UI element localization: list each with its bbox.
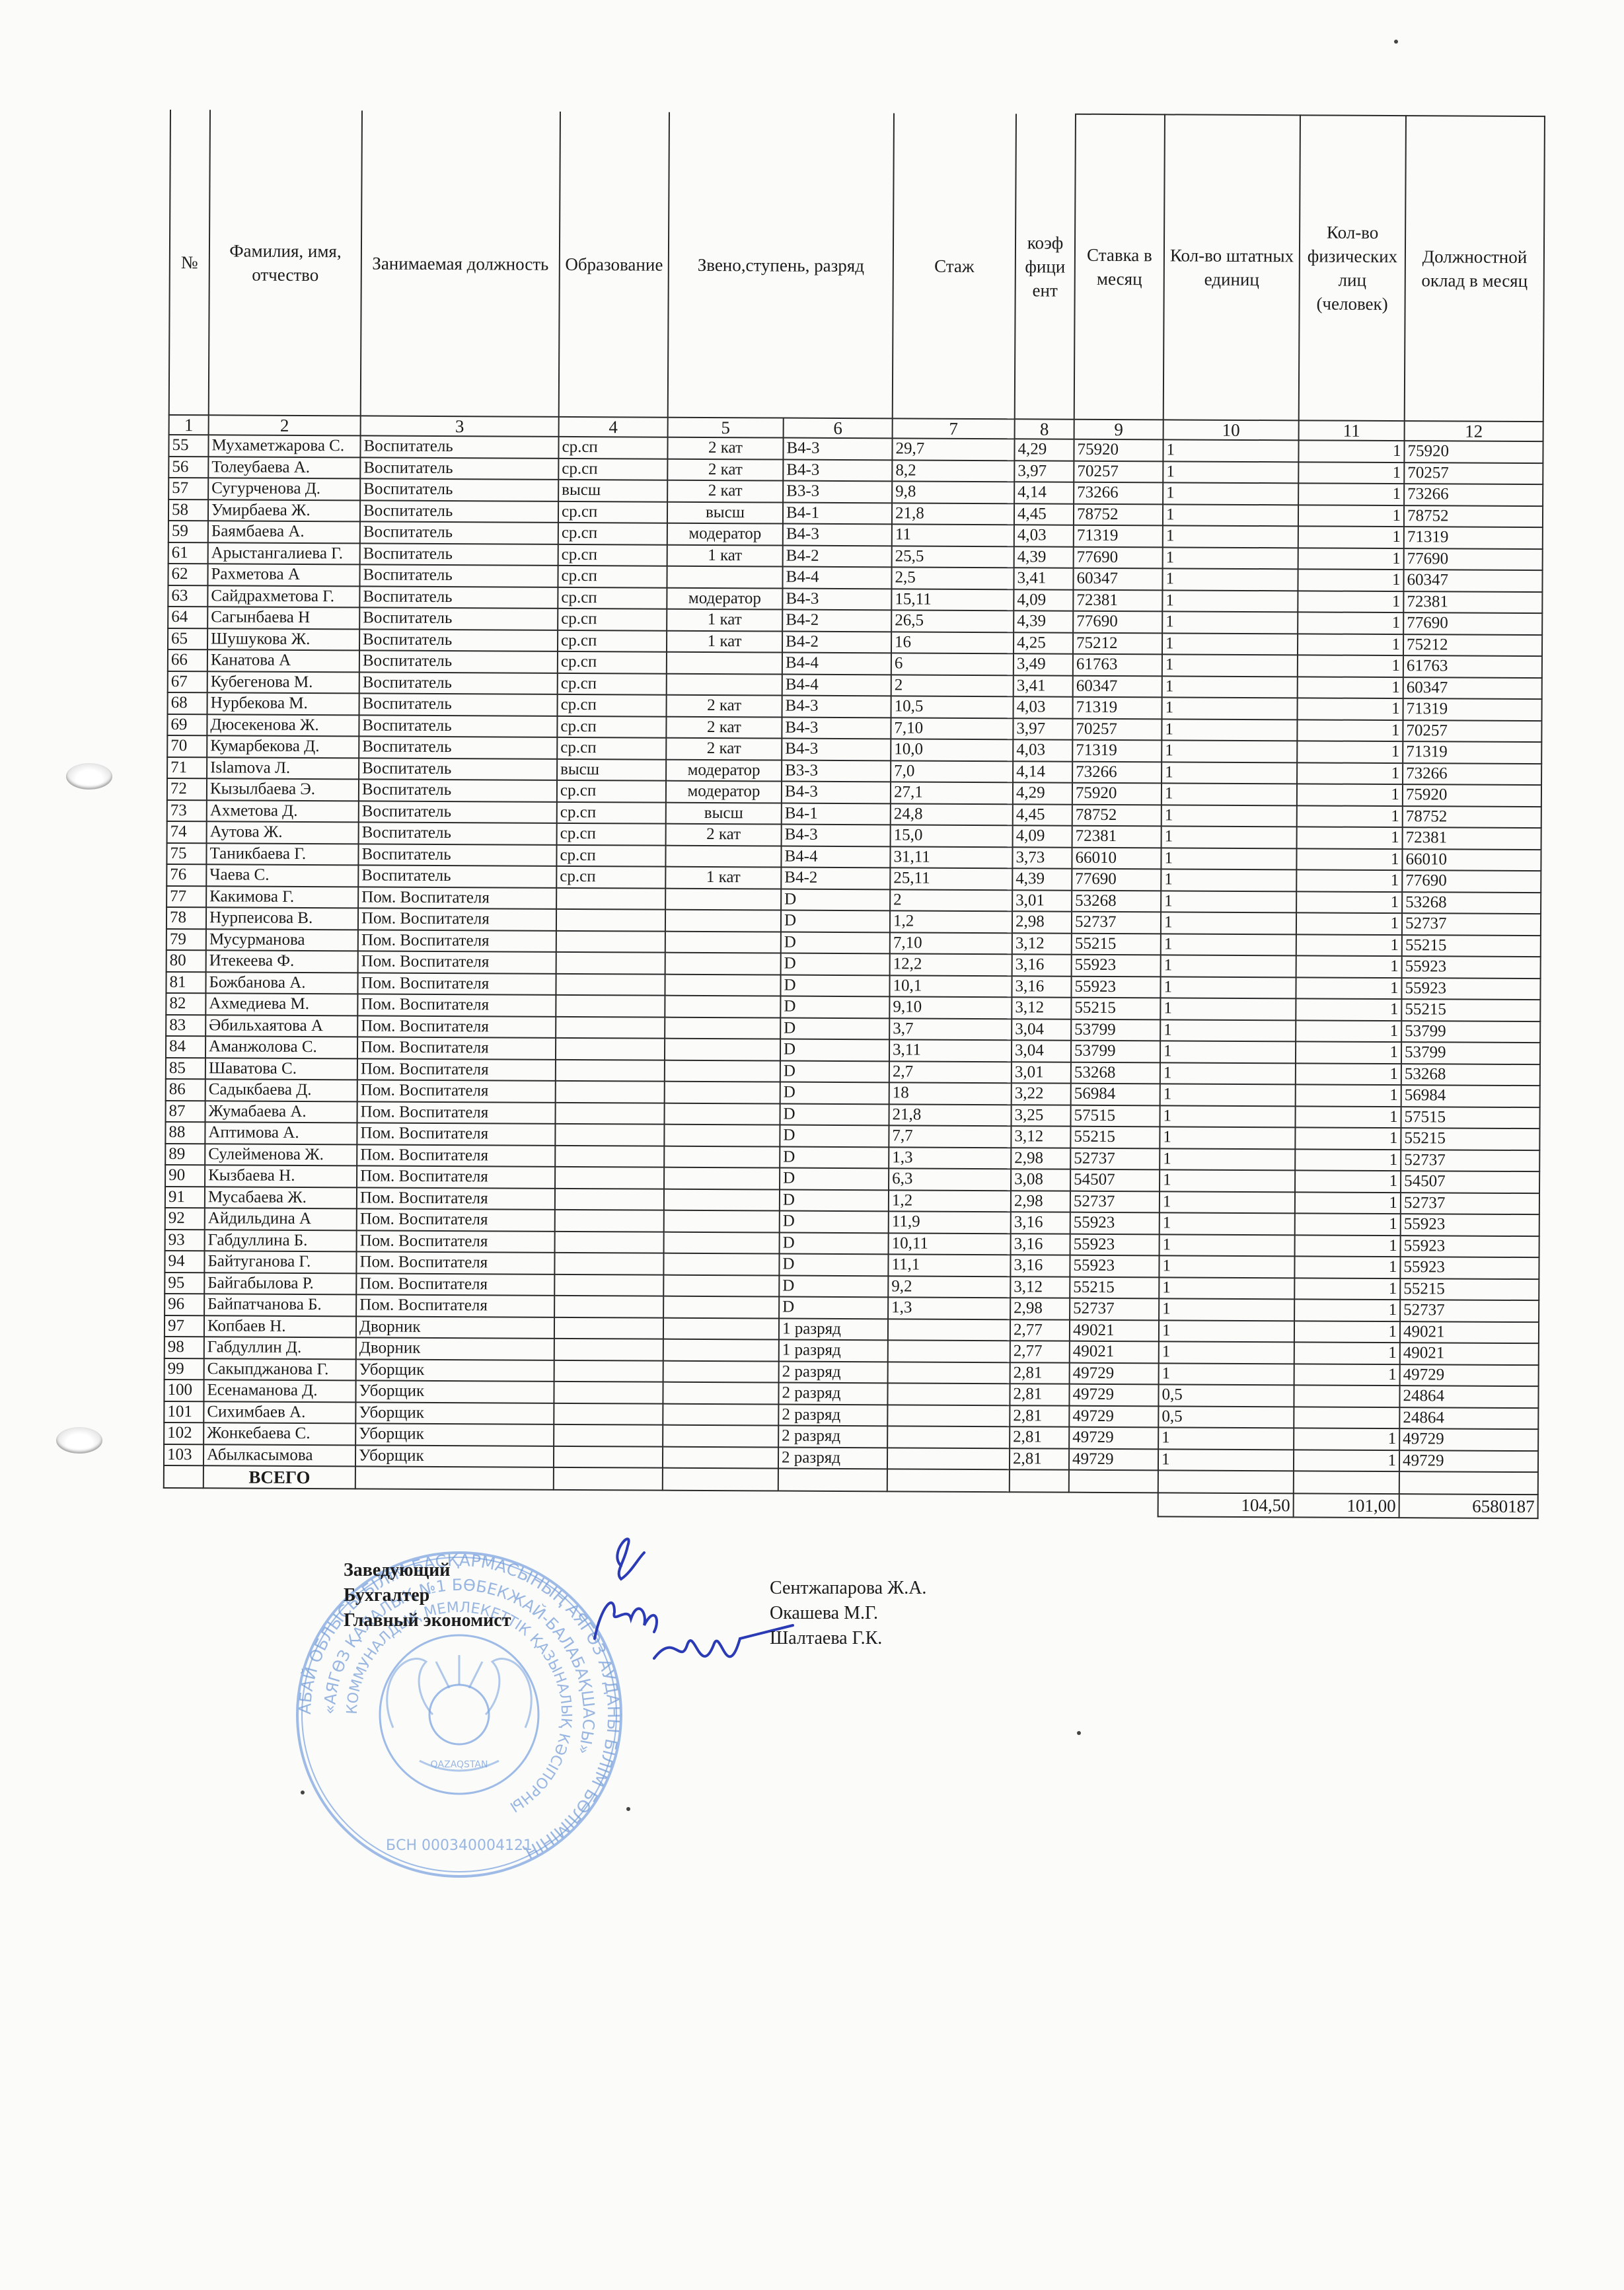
monthly-rate: 71319 <box>1073 697 1162 719</box>
monthly-salary: 52737 <box>1400 1300 1539 1322</box>
experience: 27,1 <box>891 782 1013 803</box>
position: Воспитатель <box>360 457 558 480</box>
education <box>556 1038 665 1060</box>
monthly-salary: 52737 <box>1402 913 1541 936</box>
coefficient: 2,81 <box>1010 1448 1069 1470</box>
monthly-salary: 55923 <box>1401 1214 1539 1236</box>
persons-count: 1 <box>1296 1041 1401 1063</box>
monthly-rate: 54507 <box>1070 1169 1160 1191</box>
position: Воспитатель <box>359 607 558 630</box>
position: Уборщик <box>355 1402 554 1424</box>
coefficient: 2,98 <box>1011 1148 1070 1169</box>
coefficient: 2,81 <box>1010 1405 1069 1427</box>
education: высш <box>557 758 666 780</box>
employee-name: Таникбаева Г. <box>206 843 358 866</box>
qualification-category <box>663 1403 778 1425</box>
grade: D <box>780 1017 889 1039</box>
employee-name: Айдильдина А <box>205 1208 357 1230</box>
total-cell <box>164 1465 203 1488</box>
row-number: 73 <box>167 799 207 821</box>
experience: 16 <box>891 632 1014 653</box>
column-number: 5 <box>668 418 784 438</box>
employee-name: Мусабаева Ж. <box>205 1187 357 1209</box>
grade: В4-3 <box>782 717 891 739</box>
education <box>556 887 665 909</box>
monthly-rate: 52737 <box>1072 912 1161 934</box>
qualification-category <box>664 1167 780 1189</box>
education <box>556 930 665 952</box>
monthly-rate: 55215 <box>1072 933 1161 955</box>
empty-cell <box>554 1490 663 1514</box>
monthly-salary: 56984 <box>1401 1085 1540 1107</box>
experience <box>888 1340 1010 1362</box>
monthly-rate: 55923 <box>1070 1234 1160 1255</box>
employee-name: Аптимова А. <box>205 1122 357 1144</box>
staff-units: 1 <box>1161 891 1296 913</box>
header-name: Фамилия, имя, отчество <box>209 110 362 416</box>
employee-name: Нурбекова М. <box>207 692 359 715</box>
persons-count: 1 <box>1294 1342 1400 1364</box>
row-number: 65 <box>168 628 207 649</box>
employee-name: Шаватова С. <box>205 1058 357 1080</box>
staff-units: 1 <box>1162 611 1298 634</box>
experience: 11,9 <box>889 1211 1011 1233</box>
persons-count: 1 <box>1296 1020 1401 1042</box>
row-number: 77 <box>166 885 206 907</box>
signature-names: Сентжапарова Ж.А. Окашева М.Г. Шалтаева … <box>770 1576 926 1651</box>
staff-units: 1 <box>1163 461 1298 484</box>
signature-head <box>617 1539 644 1579</box>
total-salary: 6580187 <box>1399 1494 1538 1518</box>
education <box>554 1382 663 1403</box>
education: ср.сп <box>557 780 666 802</box>
grade: В4-2 <box>782 610 891 632</box>
coefficient: 4,45 <box>1013 804 1072 826</box>
position: Воспитатель <box>358 865 556 887</box>
row-number: 85 <box>166 1057 205 1079</box>
header-salary: Должностной оклад в месяц <box>1405 116 1545 422</box>
position: Пом. Воспитателя <box>358 951 556 973</box>
grade: D <box>780 1103 889 1125</box>
monthly-rate: 78752 <box>1072 804 1162 826</box>
experience <box>887 1405 1010 1426</box>
empty-cell <box>1010 1492 1069 1516</box>
row-number: 70 <box>167 735 207 757</box>
empty-cell <box>203 1488 355 1512</box>
position: Воспитатель <box>359 629 558 651</box>
position: Воспитатель <box>359 822 557 844</box>
employee-name: Ахметова Д. <box>207 800 359 823</box>
employee-name: Әбильхаятова А <box>205 1015 357 1037</box>
grade: D <box>781 932 890 953</box>
qualification-category: 2 кат <box>667 437 783 459</box>
staff-units: 1 <box>1162 654 1298 677</box>
persons-count: 1 <box>1295 1170 1401 1192</box>
coefficient: 4,03 <box>1013 739 1072 761</box>
experience <box>887 1383 1010 1405</box>
position: Пом. Воспитателя <box>358 887 556 909</box>
total-label: ВСЕГО <box>203 1465 355 1489</box>
education: ср.сп <box>558 630 667 651</box>
qualification-category <box>664 1125 780 1146</box>
education <box>554 1403 663 1424</box>
grade: D <box>780 1125 889 1147</box>
monthly-rate: 61763 <box>1073 654 1162 676</box>
row-number: 68 <box>168 692 207 714</box>
column-number: 10 <box>1163 420 1299 440</box>
qualification-category <box>665 974 780 996</box>
staff-units: 1 <box>1163 439 1298 462</box>
grade: D <box>781 889 890 910</box>
coefficient: 3,22 <box>1012 1083 1071 1105</box>
total-persons: 101,00 <box>1294 1493 1399 1518</box>
experience: 15,11 <box>891 589 1014 610</box>
grade: В4-3 <box>782 782 891 803</box>
name-accountant: Окашева М.Г. <box>770 1601 926 1626</box>
staff-units: 1 <box>1161 848 1296 870</box>
qualification-category <box>665 1082 780 1103</box>
row-number: 91 <box>165 1186 205 1208</box>
monthly-rate: 53268 <box>1072 890 1161 912</box>
grade: 2 разряд <box>779 1361 888 1383</box>
row-number: 100 <box>164 1380 203 1401</box>
row-number: 62 <box>168 564 207 585</box>
qualification-category: 2 кат <box>667 459 783 480</box>
grade: В4-3 <box>783 524 892 546</box>
empty-cell <box>663 1491 778 1515</box>
employee-name: Сихимбаев А. <box>203 1401 355 1424</box>
experience: 6,3 <box>889 1168 1011 1190</box>
persons-count: 1 <box>1298 483 1404 505</box>
monthly-salary: 49021 <box>1400 1343 1539 1365</box>
employee-name: Сакыпджанова Г. <box>204 1358 356 1381</box>
position: Пом. Воспитателя <box>356 1273 554 1296</box>
experience: 31,11 <box>890 846 1012 868</box>
coefficient: 2,98 <box>1012 911 1072 933</box>
monthly-salary: 49729 <box>1400 1364 1539 1387</box>
grade: D <box>780 975 889 996</box>
education <box>556 1081 665 1103</box>
row-number: 87 <box>166 1100 205 1122</box>
column-number: 12 <box>1405 421 1543 441</box>
coefficient: 3,16 <box>1011 1212 1070 1234</box>
position: Уборщик <box>355 1445 554 1467</box>
experience: 9,10 <box>889 996 1012 1018</box>
employee-name: Жумабаева А. <box>205 1101 357 1123</box>
staff-units: 1 <box>1162 783 1297 805</box>
education: ср.сп <box>556 844 665 866</box>
education <box>555 1167 664 1189</box>
row-number: 82 <box>166 993 205 1015</box>
monthly-salary: 49729 <box>1399 1450 1538 1473</box>
grade: 1 разряд <box>779 1318 888 1340</box>
monthly-rate: 71319 <box>1074 525 1163 547</box>
employee-name: Арыстангалиева Г. <box>208 542 360 565</box>
coefficient: 2,98 <box>1011 1191 1070 1212</box>
education <box>556 1102 665 1124</box>
row-number: 58 <box>168 499 208 521</box>
monthly-rate: 55215 <box>1070 1276 1159 1298</box>
coefficient: 4,09 <box>1013 825 1072 847</box>
experience <box>887 1448 1010 1469</box>
staff-schedule-table-container: № Фамилия, имя, отчество Занимаемая долж… <box>170 109 1544 1512</box>
monthly-salary: 53799 <box>1401 1042 1540 1064</box>
monthly-salary: 53268 <box>1402 892 1541 914</box>
monthly-rate: 55923 <box>1070 1212 1160 1234</box>
employee-name: Сулейменова Ж. <box>205 1144 357 1166</box>
row-number: 76 <box>166 864 206 886</box>
row-number: 61 <box>168 542 208 564</box>
grade: D <box>780 996 889 1018</box>
education: ср.сп <box>558 566 667 587</box>
experience: 10,11 <box>889 1233 1011 1255</box>
coefficient: 3,16 <box>1010 1255 1070 1276</box>
grade: В4-3 <box>782 825 891 846</box>
education <box>556 973 665 995</box>
row-number: 102 <box>164 1422 203 1444</box>
header-position: Занимаемая должность <box>361 110 560 416</box>
position: Пом. Воспитателя <box>357 1187 555 1210</box>
employee-name: Сайдрахметова Г. <box>207 585 359 608</box>
experience <box>887 1426 1010 1448</box>
column-number: 9 <box>1074 420 1163 440</box>
grade: D <box>779 1297 888 1319</box>
employee-name: Байпатчанова Б. <box>204 1294 356 1316</box>
persons-count: 1 <box>1298 634 1403 655</box>
staff-units: 1 <box>1162 740 1297 762</box>
monthly-rate: 49021 <box>1070 1341 1159 1363</box>
experience: 7,10 <box>891 718 1013 739</box>
emblem-icon <box>387 1655 532 1771</box>
monthly-salary: 53799 <box>1401 1021 1540 1043</box>
grade: 2 разряд <box>778 1447 887 1469</box>
persons-count: 1 <box>1294 1278 1400 1300</box>
grade: D <box>781 953 890 975</box>
education: ср.сп <box>558 609 667 630</box>
monthly-rate: 75920 <box>1074 439 1163 461</box>
row-number: 55 <box>168 435 208 457</box>
total-cell <box>1294 1471 1399 1494</box>
experience: 24,8 <box>891 803 1013 825</box>
monthly-salary: 54507 <box>1401 1171 1539 1193</box>
grade: В3-3 <box>783 481 892 503</box>
row-number: 90 <box>165 1165 205 1187</box>
position: Воспитатель <box>360 478 558 501</box>
staff-units: 1 <box>1161 934 1296 956</box>
position: Пом. Воспитателя <box>357 1144 555 1167</box>
speck <box>626 1807 630 1811</box>
row-number: 64 <box>168 607 207 628</box>
grade: В4-1 <box>783 502 892 524</box>
persons-count: 1 <box>1297 805 1403 827</box>
signature-accountant <box>595 1603 657 1639</box>
staff-units: 1 <box>1162 826 1297 848</box>
staff-units: 1 <box>1162 633 1298 655</box>
monthly-rate: 49729 <box>1069 1427 1158 1449</box>
punch-hole <box>56 1427 102 1454</box>
staff-units: 1 <box>1160 1062 1296 1085</box>
column-number: 11 <box>1299 420 1405 441</box>
staff-schedule-table: № Фамилия, имя, отчество Занимаемая долж… <box>163 109 1545 1519</box>
monthly-rate: 55923 <box>1072 955 1161 977</box>
staff-units: 1 <box>1162 590 1298 612</box>
grade: D <box>780 1039 889 1061</box>
staff-units: 1 <box>1162 568 1298 591</box>
experience: 18 <box>889 1082 1012 1104</box>
qualification-category <box>665 996 780 1017</box>
coefficient: 4,39 <box>1014 610 1073 632</box>
education <box>555 1231 664 1253</box>
monthly-salary: 55923 <box>1402 956 1541 979</box>
coefficient: 3,12 <box>1012 933 1072 955</box>
employee-name: Байгабылова Р. <box>204 1273 356 1295</box>
monthly-rate: 55215 <box>1071 998 1160 1019</box>
qualification-category <box>665 845 781 867</box>
coefficient: 2,81 <box>1010 1426 1069 1448</box>
persons-count: 1 <box>1296 1106 1401 1128</box>
employee-name: Какимова Г. <box>206 886 358 908</box>
grade: D <box>779 1254 888 1276</box>
position: Пом. Воспитателя <box>357 1016 556 1038</box>
persons-count: 1 <box>1294 1428 1399 1450</box>
empty-cell <box>778 1491 887 1516</box>
employee-name: Кумарбекова Д. <box>207 735 359 758</box>
monthly-rate: 55923 <box>1071 976 1160 998</box>
grade: D <box>779 1275 888 1297</box>
row-number: 81 <box>166 971 205 993</box>
coefficient: 4,03 <box>1014 525 1074 546</box>
row-number: 66 <box>168 649 207 671</box>
column-number: 1 <box>169 415 209 435</box>
header-row: № Фамилия, имя, отчество Занимаемая долж… <box>169 110 1545 422</box>
staff-units: 1 <box>1159 1298 1294 1321</box>
position: Уборщик <box>356 1359 554 1382</box>
monthly-salary: 53268 <box>1401 1064 1540 1086</box>
persons-count: 1 <box>1298 677 1403 698</box>
name-head: Сентжапарова Ж.А. <box>770 1576 926 1601</box>
experience <box>888 1362 1010 1384</box>
monthly-salary: 71319 <box>1404 527 1543 549</box>
employee-name: Абылкасымова <box>203 1444 355 1467</box>
monthly-rate: 56984 <box>1071 1084 1160 1105</box>
column-number: 2 <box>209 415 361 435</box>
grade: D <box>780 1189 889 1211</box>
staff-units: 1 <box>1160 1105 1296 1128</box>
education: ср.сп <box>558 458 667 480</box>
coefficient: 4,39 <box>1012 868 1072 890</box>
coefficient: 4,45 <box>1014 503 1074 525</box>
monthly-rate: 75212 <box>1073 632 1162 654</box>
row-number: 84 <box>166 1036 205 1058</box>
position: Воспитатель <box>359 564 558 587</box>
staff-units: 1 <box>1163 547 1298 570</box>
signature-roles: Заведующий Бухгалтер Главный экономист <box>344 1558 511 1633</box>
persons-count: 1 <box>1294 1450 1399 1471</box>
grade: В4-3 <box>783 438 892 460</box>
grade: В3-3 <box>782 760 891 782</box>
name-chief-economist: Шалтаева Г.К. <box>770 1626 926 1651</box>
position: Пом. Воспитателя <box>358 908 556 930</box>
qualification-category <box>665 910 781 932</box>
punch-hole <box>66 763 112 790</box>
employee-name: Умирбаева Ж. <box>208 499 360 522</box>
monthly-rate: 71319 <box>1072 740 1162 762</box>
coefficient: 2,81 <box>1010 1384 1069 1405</box>
total-cell <box>1399 1471 1538 1495</box>
grade: D <box>780 1060 889 1082</box>
coefficient: 3,16 <box>1011 1234 1070 1255</box>
row-number: 98 <box>165 1337 204 1358</box>
experience: 25,5 <box>892 546 1014 568</box>
education: ср.сп <box>557 737 666 759</box>
monthly-rate: 52737 <box>1070 1191 1160 1212</box>
coefficient: 2,77 <box>1010 1341 1070 1362</box>
staff-units: 1 <box>1159 1320 1294 1343</box>
coefficient: 4,09 <box>1014 589 1073 611</box>
staff-units: 1 <box>1160 1234 1295 1257</box>
grade: D <box>780 1211 889 1233</box>
persons-count: 1 <box>1296 934 1402 956</box>
row-number: 93 <box>165 1229 205 1251</box>
speck <box>1394 40 1398 44</box>
position: Пом. Воспитателя <box>356 1294 554 1317</box>
staff-units: 1 <box>1163 525 1298 548</box>
total-cell <box>355 1466 554 1489</box>
qualification-category <box>663 1274 779 1296</box>
employee-name: Габдуллина Б. <box>205 1230 357 1252</box>
coefficient: 2,81 <box>1010 1362 1070 1384</box>
staff-units: 1 <box>1160 1148 1295 1171</box>
grade: D <box>780 1082 889 1104</box>
grade: В4-3 <box>782 588 891 610</box>
position: Пом. Воспитателя <box>357 994 556 1016</box>
employee-name: Баямбаева А. <box>208 521 360 543</box>
total-cell <box>778 1469 887 1492</box>
column-number: 4 <box>559 417 668 437</box>
empty-cell <box>1069 1493 1158 1517</box>
qualification-category: 2 кат <box>666 824 782 846</box>
monthly-rate: 72381 <box>1073 589 1162 611</box>
persons-count: 1 <box>1298 440 1404 462</box>
qualification-category <box>665 953 781 975</box>
row-number: 72 <box>167 778 207 800</box>
education: ср.сп <box>558 587 667 609</box>
monthly-salary: 52737 <box>1401 1150 1539 1172</box>
persons-count: 1 <box>1295 1149 1401 1171</box>
experience: 12,2 <box>890 953 1012 975</box>
monthly-rate: 77690 <box>1074 546 1163 568</box>
experience: 2 <box>890 889 1012 911</box>
education <box>554 1424 663 1446</box>
monthly-salary: 72381 <box>1403 827 1541 850</box>
experience <box>888 1319 1010 1341</box>
qualification-category: 1 кат <box>667 544 783 566</box>
coefficient: 3,12 <box>1010 1276 1070 1298</box>
persons-count: 1 <box>1296 1063 1401 1085</box>
staff-units: 1 <box>1163 504 1298 527</box>
coefficient: 3,16 <box>1012 954 1072 976</box>
qualification-category <box>665 1017 780 1039</box>
employee-name: Байтуганова Г. <box>204 1251 356 1273</box>
experience: 7,10 <box>890 932 1012 954</box>
education: ср.сп <box>558 694 667 716</box>
qualification-category <box>664 1210 780 1232</box>
grade: В4-4 <box>782 653 891 675</box>
coefficient: 3,97 <box>1014 461 1074 482</box>
coefficient: 3,04 <box>1012 1040 1071 1062</box>
persons-count: 1 <box>1298 569 1403 591</box>
coefficient: 4,14 <box>1014 482 1074 503</box>
